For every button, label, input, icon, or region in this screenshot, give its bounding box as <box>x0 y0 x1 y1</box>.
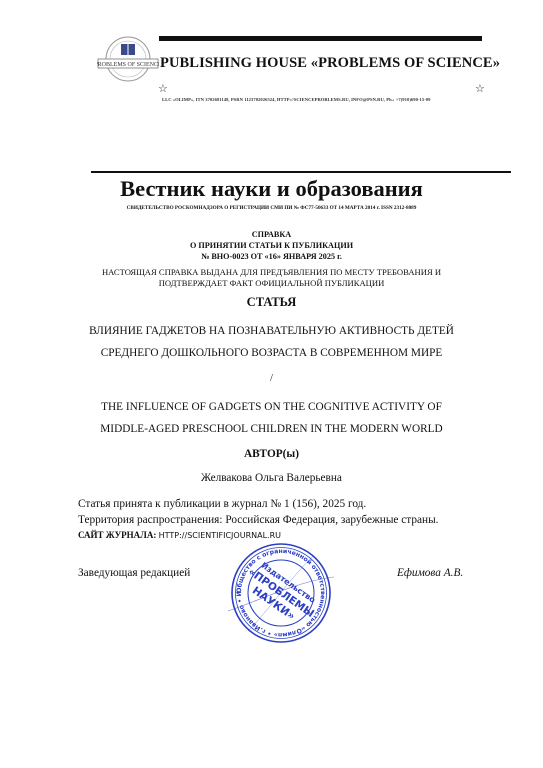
article-heading: СТАТЬЯ <box>0 295 543 310</box>
journal-rule <box>91 171 511 173</box>
header-rule <box>159 36 482 41</box>
svg-text:PROBLEMS OF SCIENCE: PROBLEMS OF SCIENCE <box>97 62 159 68</box>
star-icon: ☆ <box>158 82 168 95</box>
authors-heading: АВТОР(ы) <box>0 448 543 460</box>
website-link[interactable]: HTTP://SCIENTIFICJOURNAL.RU <box>159 531 281 540</box>
notice-line: ПОДТВЕРЖДАЕТ ФАКТ ОФИЦИАЛЬНОЙ ПУБЛИКАЦИИ <box>0 278 543 289</box>
certificate-number: № ВНО-0023 ОТ «16» ЯНВАРЯ 2025 г. <box>0 251 543 262</box>
publisher-name: PUBLISHING HOUSE «PROBLEMS OF SCIENCE» <box>160 55 500 72</box>
registration-info: СВИДЕТЕЛЬСТВО РОСКОМНАДЗОРА О РЕГИСТРАЦИ… <box>0 205 543 211</box>
title-separator: / <box>0 373 543 384</box>
title-line: THE INFLUENCE OF GADGETS ON THE COGNITIV… <box>0 396 543 418</box>
journal-title: Вестник науки и образования <box>0 176 543 202</box>
author-name: Желвакова Ольга Валерьевна <box>0 472 543 484</box>
acceptance-info: Статья принята к публикации в журнал № 1… <box>78 498 366 510</box>
official-stamp: Общество с ограниченной ответственностью… <box>228 541 334 645</box>
publisher-contacts: LLC «OLIMP», ITN 3702681148, PSRN 112370… <box>162 97 431 102</box>
article-title-ru: ВЛИЯНИЕ ГАДЖЕТОВ НА ПОЗНАВАТЕЛЬНУЮ АКТИВ… <box>0 320 543 364</box>
editor-role: Заведующая редакцией <box>78 567 190 579</box>
certificate-label: СПРАВКА <box>0 229 543 240</box>
star-icon: ☆ <box>475 82 485 95</box>
notice-line: НАСТОЯЩАЯ СПРАВКА ВЫДАНА ДЛЯ ПРЕДЪЯВЛЕНИ… <box>0 267 543 278</box>
editor-name: Ефимова А.В. <box>397 567 463 579</box>
title-line: ВЛИЯНИЕ ГАДЖЕТОВ НА ПОЗНАВАТЕЛЬНУЮ АКТИВ… <box>0 320 543 342</box>
website-label: САЙТ ЖУРНАЛА: <box>78 530 156 540</box>
article-title-en: THE INFLUENCE OF GADGETS ON THE COGNITIV… <box>0 396 543 440</box>
title-line: MIDDLE-AGED PRESCHOOL CHILDREN IN THE MO… <box>0 418 543 440</box>
certificate-header: СПРАВКА О ПРИНЯТИИ СТАТЬИ К ПУБЛИКАЦИИ №… <box>0 229 543 262</box>
certificate-subject: О ПРИНЯТИИ СТАТЬИ К ПУБЛИКАЦИИ <box>0 240 543 251</box>
territory-info: Территория распространения: Российская Ф… <box>78 514 439 526</box>
certificate-notice: НАСТОЯЩАЯ СПРАВКА ВЫДАНА ДЛЯ ПРЕДЪЯВЛЕНИ… <box>0 267 543 289</box>
journal-website: САЙТ ЖУРНАЛА: HTTP://SCIENTIFICJOURNAL.R… <box>78 530 281 540</box>
title-line: СРЕДНЕГО ДОШКОЛЬНОГО ВОЗРАСТА В СОВРЕМЕН… <box>0 342 543 364</box>
publisher-logo: PROBLEMS OF SCIENCE <box>97 32 159 86</box>
